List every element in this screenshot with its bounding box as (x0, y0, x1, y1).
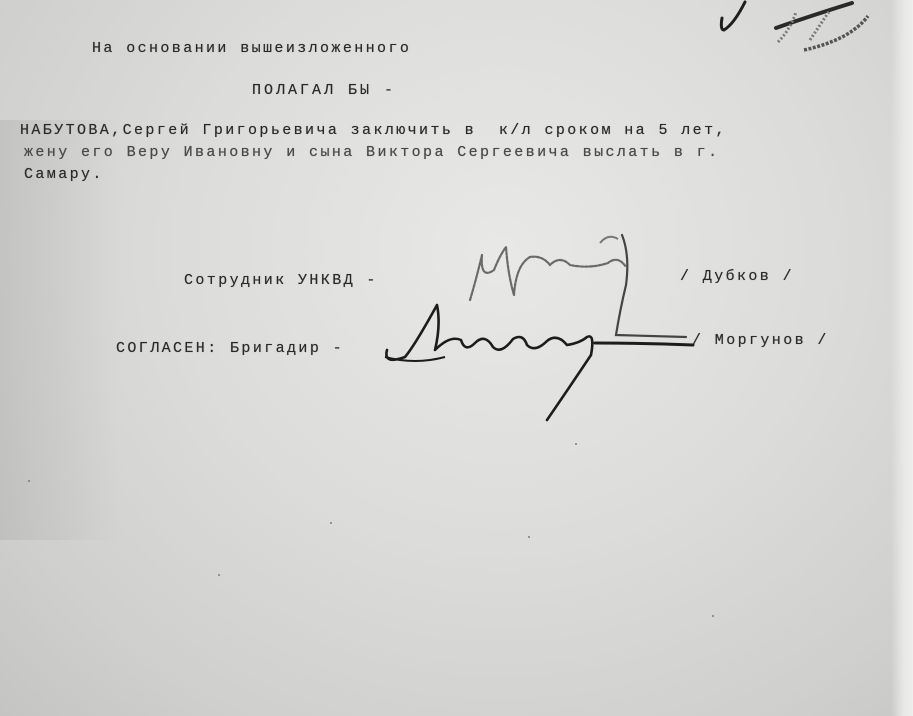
checkmark-icon (700, 0, 913, 70)
intro-line: На основании вышеизложенного (92, 40, 411, 57)
signature-dubkov-icon (450, 225, 690, 355)
signature-name-2: / Моргунов / (692, 332, 829, 349)
paper-shadow (0, 120, 120, 540)
document-heading: ПОЛАГАЛ БЫ - (252, 82, 396, 99)
paper-speck (575, 443, 577, 445)
paper-speck (218, 574, 220, 576)
paper-speck (330, 522, 332, 524)
paper-speck (28, 480, 30, 482)
paper-speck (712, 615, 714, 617)
body-line-3: Самару. (24, 166, 104, 183)
signature-morgunov-icon (375, 295, 705, 430)
document-page: На основании вышеизложенного ПОЛАГАЛ БЫ … (0, 0, 913, 716)
signature-label-1: Сотрудник УНКВД - (184, 272, 378, 289)
signature-label-2: СОГЛАСЕН: Бригадир - (116, 340, 344, 357)
paper-edge (891, 0, 913, 716)
body-line-1: НАБУТОВА,Сергей Григорьевича заключить в… (20, 122, 727, 139)
signature-name-1: / Дубков / (680, 268, 794, 285)
paper-speck (528, 536, 530, 538)
body-line-2: жену его Веру Ивановну и сына Виктора Се… (24, 144, 720, 161)
